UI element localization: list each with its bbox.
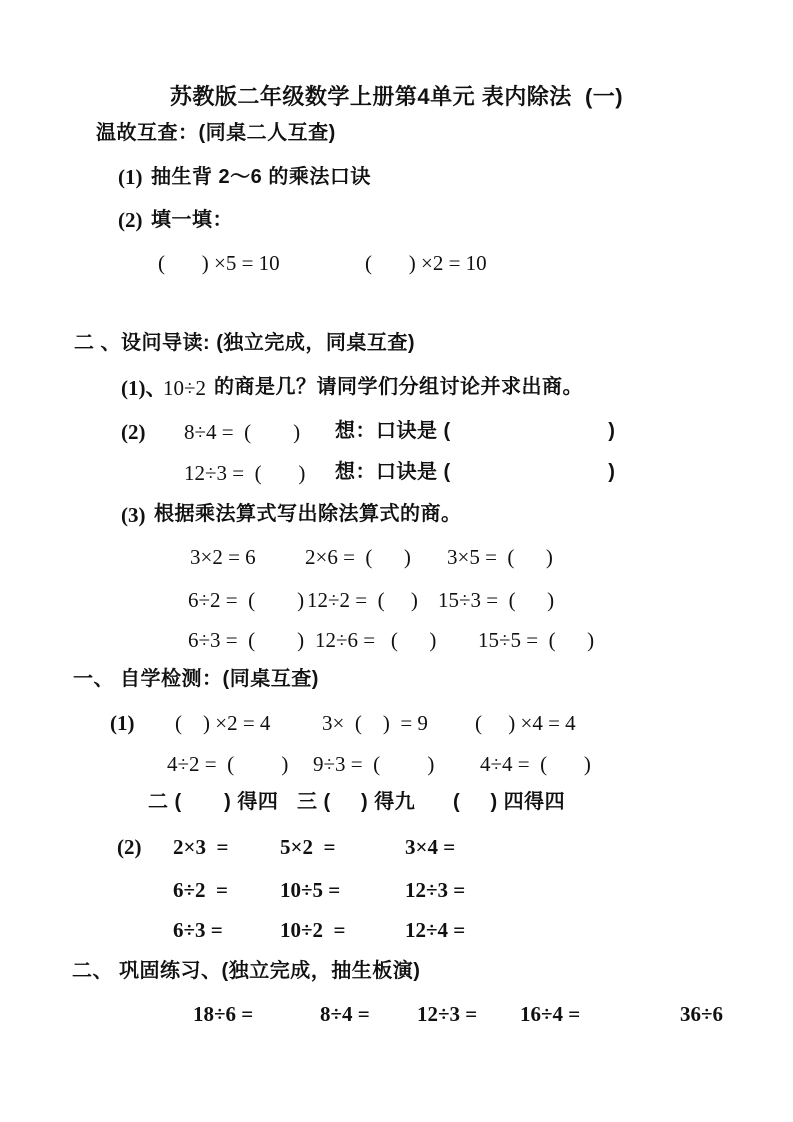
guide-q2-hint-1: 想：口诀是 ( ) [335,420,615,443]
selfcheck-equation-r2c3: 4÷4 = ( ) [480,752,591,776]
guide-q1-label: (1)、 [121,376,167,400]
guide-equation-r3c2: 12÷6 = ( ) [315,628,436,652]
selfcheck-equation-r1c2: 3× ( ) = 9 [322,711,428,735]
selfcheck-equation-r5c1: 6÷2 = [173,878,228,902]
selfcheck-equation-r6c1: 6÷3 = [173,918,223,942]
selfcheck-p2-label: (2) [117,835,142,859]
guide-q2-equation-1: 8÷4 = ( ) [184,420,300,444]
selfcheck-section-header: 一、 自学检测：(同桌互查) [73,668,319,691]
guide-q2-equation-2: 12÷3 = ( ) [184,461,305,485]
guide-equation-r2c1: 6÷2 = ( ) [188,588,304,612]
practice-equation-1: 18÷6 = [193,1002,253,1026]
guide-q2-label: (2) [121,420,146,444]
review-fill-blank-2: ( ) ×2 = 10 [365,251,487,275]
selfcheck-equation-r5c3: 12÷3 = [405,878,465,902]
selfcheck-formula-r3c3: ( ) 四得四 [453,791,565,814]
selfcheck-p1-label: (1) [110,711,135,735]
practice-section-header: 二、 巩固练习、(独立完成，抽生板演) [72,960,420,983]
practice-equation-4: 16÷4 = [520,1002,580,1026]
selfcheck-equation-r4c1: 2×3 = [173,835,228,859]
selfcheck-equation-r1c3: ( ) ×4 = 4 [475,711,576,735]
practice-equation-2: 8÷4 = [320,1002,370,1026]
guide-equation-r1c2: 2×6 = ( ) [305,545,411,569]
guide-equation-r2c2: 12÷2 = ( ) [307,588,418,612]
guide-q3-text: 根据乘法算式写出除法算式的商。 [154,503,462,526]
selfcheck-equation-r5c2: 10÷5 = [280,878,340,902]
guide-section-header: 二 、设问导读: (独立完成，同桌互查) [74,332,415,355]
selfcheck-equation-r1c1: ( ) ×2 = 4 [175,711,270,735]
practice-equation-5: 36÷6 [680,1002,723,1026]
guide-q1-expression: 10÷2 [163,376,206,400]
guide-equation-r3c3: 15÷5 = ( ) [478,628,594,652]
selfcheck-formula-r3c2: 三 ( ) 得九 [297,791,415,814]
review-fill-blank-1: ( ) ×5 = 10 [158,251,280,275]
review-item1-text: 抽生背 2～6 的乘法口诀 [151,166,371,189]
selfcheck-equation-r2c2: 9÷3 = ( ) [313,752,434,776]
selfcheck-equation-r2c1: 4÷2 = ( ) [167,752,288,776]
review-item2-label: (2) [118,208,143,232]
practice-equation-3: 12÷3 = [417,1002,477,1026]
selfcheck-equation-r4c2: 5×2 = [280,835,335,859]
guide-q2-hint-2: 想：口诀是 ( ) [335,461,615,484]
worksheet-page: 苏教版二年级数学上册第4单元 表内除法 (一) 温故互查：(同桌二人互查) (1… [0,0,793,1122]
review-item1-label: (1) [118,165,143,189]
review-section-header: 温故互查：(同桌二人互查) [96,122,336,145]
guide-equation-r1c3: 3×5 = ( ) [447,545,553,569]
guide-equation-r2c3: 15÷3 = ( ) [438,588,554,612]
guide-equation-r1c1: 3×2 = 6 [190,545,256,569]
guide-q3-label: (3) [121,503,146,527]
guide-equation-r3c1: 6÷3 = ( ) [188,628,304,652]
selfcheck-equation-r6c3: 12÷4 = [405,918,465,942]
selfcheck-formula-r3c1: 二 ( ) 得四 [148,791,278,814]
selfcheck-equation-r6c2: 10÷2 = [280,918,346,942]
selfcheck-equation-r4c3: 3×4 = [405,835,455,859]
page-title: 苏教版二年级数学上册第4单元 表内除法 (一) [0,84,793,109]
review-item2-text: 填一填： [151,209,233,232]
guide-q1-text: 的商是几？请同学们分组讨论并求出商。 [214,376,583,399]
